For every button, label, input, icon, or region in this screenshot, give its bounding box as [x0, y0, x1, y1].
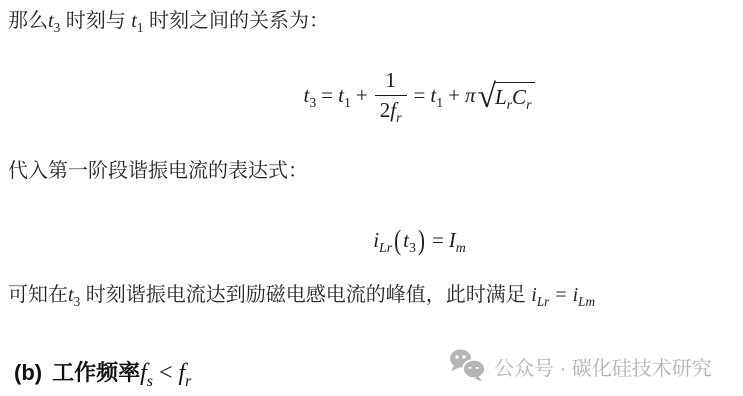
- document-page: 那么t3 时刻与 t1 时刻之间的关系为： t3=t1+12fr=t1+π√Lr…: [0, 0, 743, 396]
- equation-t3-relation: t3=t1+12fr=t1+π√LrCr: [96, 62, 743, 128]
- heading-label: 工作频率: [52, 360, 140, 385]
- math-var-t3: t3: [48, 10, 60, 32]
- equals-sign: =: [427, 228, 449, 253]
- equals-sign: =: [409, 83, 431, 108]
- text-segment: 时刻之间的关系为：: [143, 10, 329, 32]
- wechat-icon: [449, 349, 486, 383]
- fraction-denominator: 2fr: [375, 95, 407, 123]
- plus-sign: +: [351, 83, 373, 108]
- section-heading-b: (b)工作频率fs<fr: [14, 356, 191, 387]
- radicand: LrCr: [494, 82, 536, 110]
- equals-sign: =: [549, 284, 572, 306]
- math-var-t1: t1: [430, 83, 443, 108]
- equals-sign: =: [316, 83, 338, 108]
- paragraph-peak-current-conclusion: 可知在t3 时刻谐振电流达到励磁电感电流的峰值，此时满足 iLr=iLm: [8, 280, 595, 310]
- math-var-fr: fr: [179, 360, 192, 386]
- text-segment: 那么: [8, 10, 48, 32]
- math-var-t3: t3: [403, 228, 416, 253]
- sqrt-LrCr: √LrCr: [478, 80, 536, 111]
- wechat-watermark: 公众号 · 碳化硅技术研究: [449, 349, 712, 383]
- less-than-sign: <: [153, 360, 179, 386]
- math-var-iLr: iLr: [373, 228, 392, 253]
- equation-iLr-t3-equals-Im: iLr(t3)=Im: [96, 216, 743, 264]
- text-segment: 代入第一阶段谐振电流的表达式：: [8, 160, 308, 182]
- math-var-t1: t1: [131, 10, 143, 32]
- watermark-text: 公众号 · 碳化硅技术研究: [494, 352, 712, 381]
- right-paren: ): [416, 223, 427, 257]
- math-var-t3: t3: [304, 83, 317, 108]
- math-var-fs: fs: [140, 360, 153, 386]
- math-pi: π: [465, 83, 476, 108]
- plus-sign: +: [443, 83, 465, 108]
- text-segment: 时刻与: [60, 10, 131, 32]
- fraction-1-over-2fr: 12fr: [375, 68, 407, 123]
- math-var-Im: Im: [449, 228, 466, 253]
- math-var-t1: t1: [338, 83, 351, 108]
- left-paren: (: [392, 223, 403, 257]
- math-var-iLr: iLr: [531, 284, 549, 306]
- heading-index: (b): [14, 360, 42, 385]
- fraction-numerator: 1: [377, 68, 404, 95]
- paragraph-t3-t1-relation: 那么t3 时刻与 t1 时刻之间的关系为：: [8, 6, 329, 36]
- text-segment: 可知在: [8, 284, 68, 306]
- math-var-iLm: iLm: [573, 284, 595, 306]
- math-var-t3: t3: [68, 284, 80, 306]
- text-segment: 时刻谐振电流达到励磁电感电流的峰值，此时满足: [80, 284, 531, 306]
- paragraph-substitute-expression: 代入第一阶段谐振电流的表达式：: [8, 156, 308, 186]
